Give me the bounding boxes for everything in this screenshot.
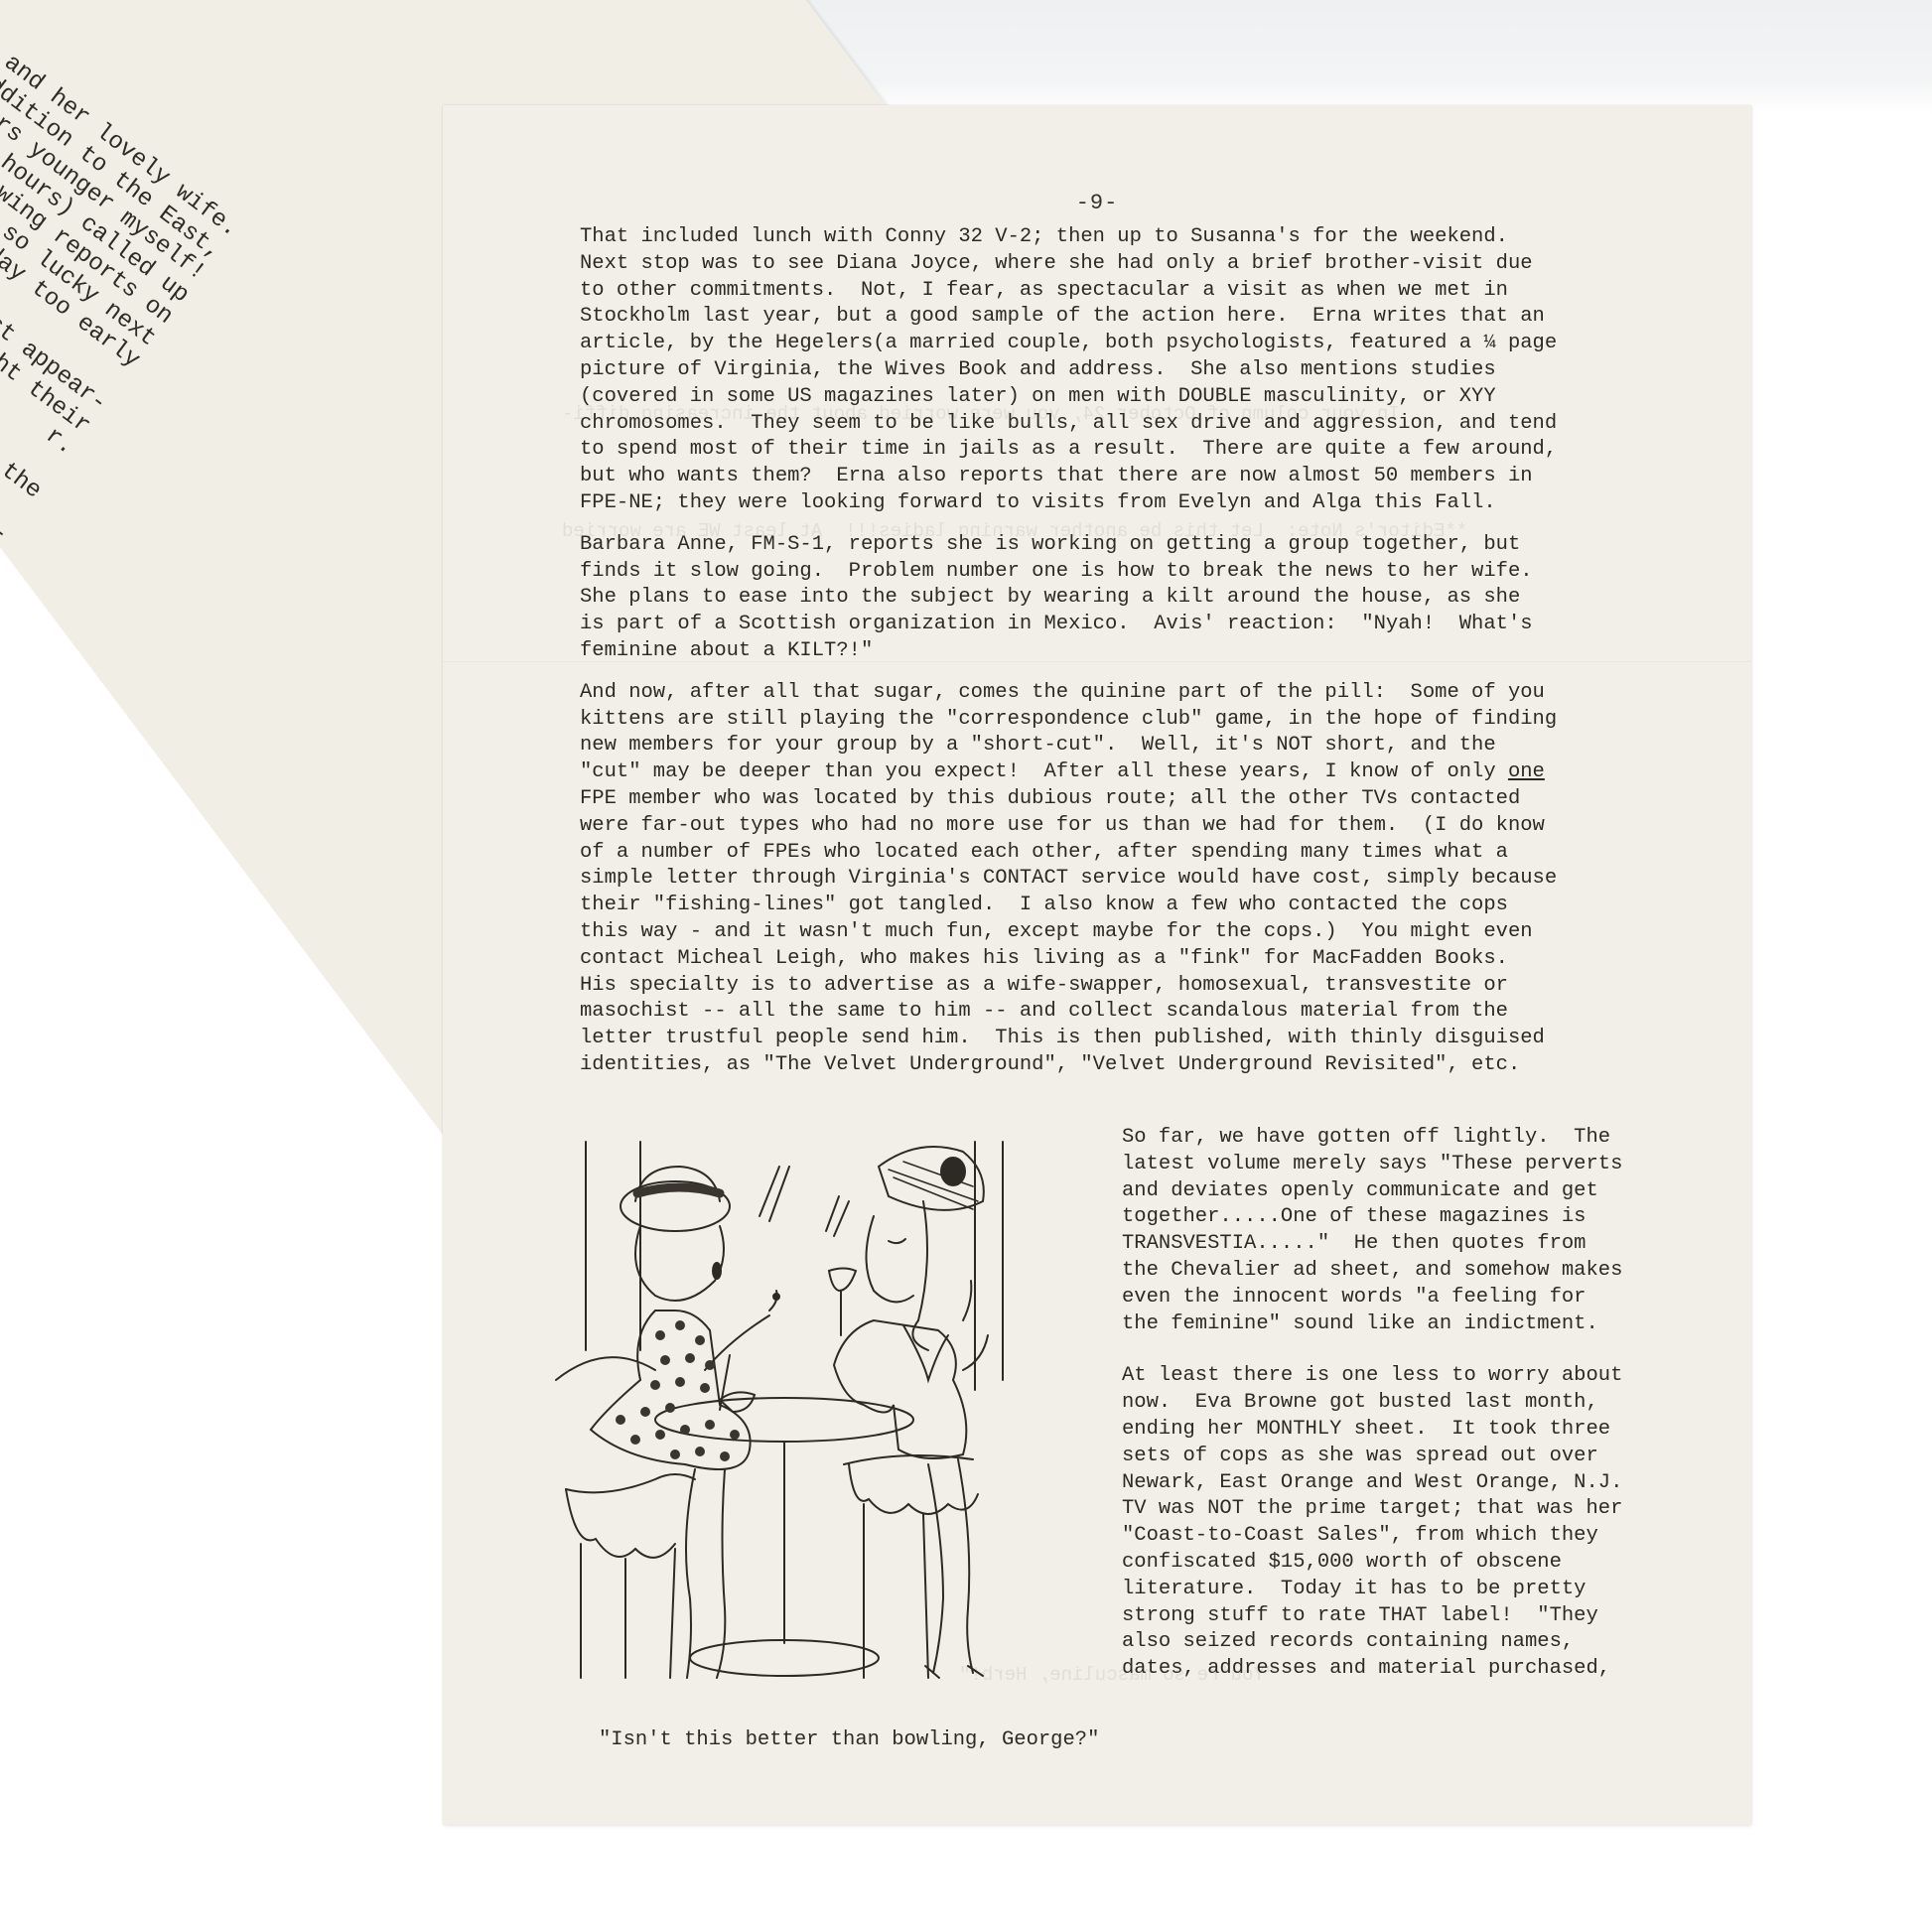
paragraph-gotten-off-lightly: So far, we have gotten off lightly. The … bbox=[1122, 1125, 1678, 1337]
main-text-body: That included lunch with Conny 32 V-2; t… bbox=[580, 224, 1692, 1094]
paragraph-barbara-anne: Barbara Anne, FM-S-1, reports she is wor… bbox=[580, 532, 1692, 665]
page-number: -9- bbox=[443, 191, 1751, 215]
underlined-word: one bbox=[1508, 760, 1545, 783]
paragraph-visits: That included lunch with Conny 32 V-2; t… bbox=[580, 224, 1692, 517]
cafe-cartoon-drawing bbox=[546, 1122, 1112, 1703]
paragraph-correspondence-clubs: And now, after all that sugar, comes the… bbox=[580, 680, 1692, 1079]
left-page-text: of FPEs and her lovely wife. very welcom… bbox=[0, 0, 243, 876]
cartoon-caption: "Isn't this better than bowling, George?… bbox=[599, 1728, 1099, 1751]
right-column-text: So far, we have gotten off lightly. The … bbox=[1122, 1125, 1678, 1709]
paragraph-eva-browne: At least there is one less to worry abou… bbox=[1122, 1363, 1678, 1683]
cartoon-illustration bbox=[546, 1122, 1112, 1703]
